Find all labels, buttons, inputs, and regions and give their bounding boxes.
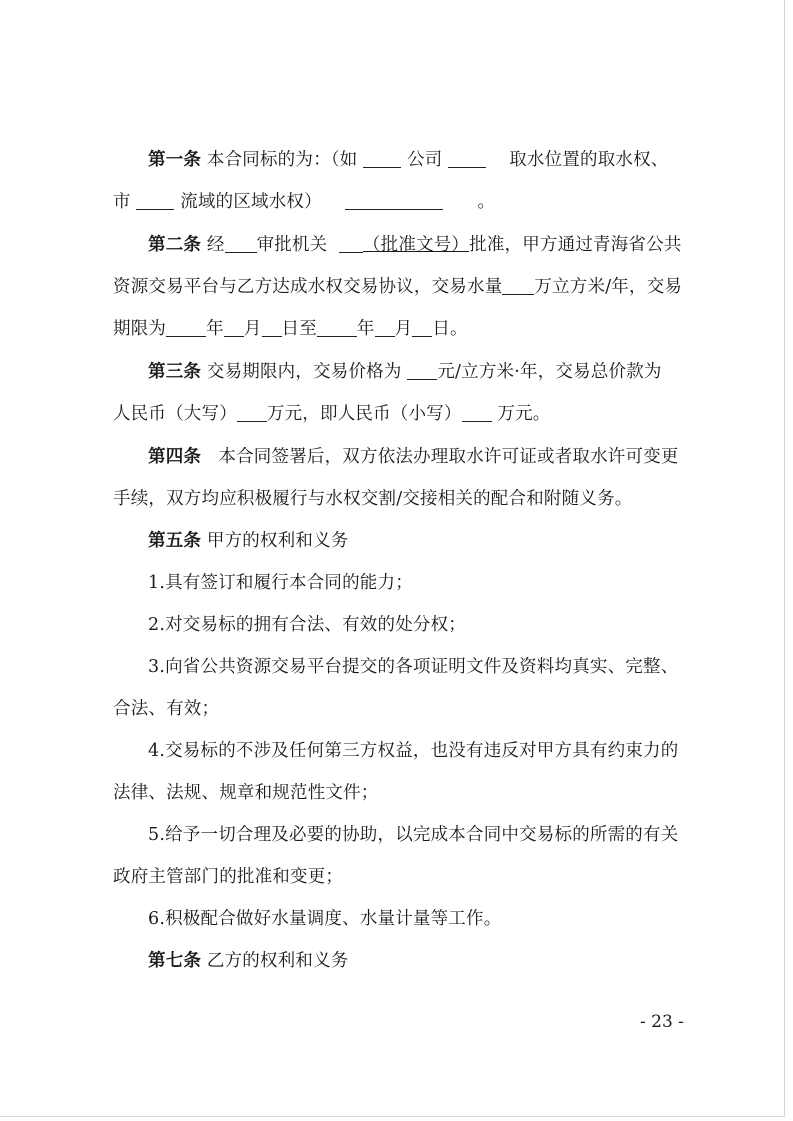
article-3-line-1: 第三条 交易期限内，交易价格为 元/立方米·年，交易总价款为 xyxy=(148,358,662,383)
blank-field xyxy=(412,319,432,338)
article-5-title: 甲方的权利和义务 xyxy=(207,531,349,551)
article-1-heading: 第一条 xyxy=(148,150,201,170)
article-2-line-3: 期限为年月日至年月日。 xyxy=(113,315,468,340)
article-7-heading-line: 第七条 乙方的权利和义务 xyxy=(148,947,348,972)
list-item-continuation: 合法、有效； xyxy=(113,695,219,720)
list-item: 6.积极配合做好水量调度、水量计量等工作。 xyxy=(148,905,501,930)
blank-field xyxy=(448,150,486,169)
list-item-continuation: 政府主管部门的批准和变更； xyxy=(113,863,343,888)
article-2-line-1: 第二条 经审批机关 （批准文号）批准，甲方通过青海省公共 xyxy=(148,231,682,256)
article-3-line-2: 人民币（大写）万元，即人民币（小写） 万元。 xyxy=(113,400,550,425)
blank-field xyxy=(345,192,443,211)
page-number: - 23 - xyxy=(640,1012,684,1032)
article-4-line-1: 第四条 本合同签署后，双方依法办理取水许可证或者取水许可变更 xyxy=(148,443,679,468)
article-1-line-1: 第一条 本合同标的为：（如 公司 取水位置的取水权、 xyxy=(148,146,669,171)
blank-field xyxy=(224,319,244,338)
scan-edge-bottom xyxy=(0,1116,785,1117)
article-5-heading-line: 第五条 甲方的权利和义务 xyxy=(148,527,348,552)
blank-field xyxy=(166,319,206,338)
blank-field xyxy=(407,362,437,381)
article-3-heading: 第三条 xyxy=(148,362,201,382)
blank-field xyxy=(317,319,357,338)
article-2-heading: 第二条 xyxy=(148,235,201,255)
blank-field xyxy=(225,235,257,254)
list-item: 2.对交易标的拥有合法、有效的处分权； xyxy=(148,611,466,636)
article-4-line-2: 手续，双方均应积极履行与水权交割/交接相关的配合和附随义务。 xyxy=(113,485,632,510)
list-item: 4.交易标的不涉及任何第三方权益，也没有违反对甲方具有约束力的 xyxy=(148,737,678,762)
article-5-heading: 第五条 xyxy=(148,531,201,551)
scan-edge-right xyxy=(784,0,785,1117)
blank-field xyxy=(136,192,174,211)
list-item: 5.给予一切合理及必要的协助，以完成本合同中交易标的所需的有关 xyxy=(148,821,678,846)
article-4-heading: 第四条 xyxy=(148,447,201,467)
blank-field xyxy=(237,404,267,423)
list-item-continuation: 法律、法规、规章和规范性文件； xyxy=(113,779,379,804)
list-item: 3.向省公共资源交易平台提交的各项证明文件及资料均真实、完整、 xyxy=(148,653,678,678)
blank-field xyxy=(462,404,492,423)
blank-field xyxy=(262,319,282,338)
article-7-title: 乙方的权利和义务 xyxy=(207,951,349,971)
list-item: 1.具有签订和履行本合同的能力； xyxy=(148,569,413,594)
blank-field xyxy=(363,150,401,169)
document-page: 第一条 本合同标的为：（如 公司 取水位置的取水权、 市 流域的区域水权） 。 … xyxy=(0,0,793,1121)
article-2-line-2: 资源交易平台与乙方达成水权交易协议，交易水量万立方米/年，交易 xyxy=(113,273,682,298)
article-1-line-2: 市 流域的区域水权） 。 xyxy=(113,188,495,213)
blank-field xyxy=(502,277,534,296)
approval-number-field: （批准文号） xyxy=(363,235,469,255)
blank-field xyxy=(339,235,363,254)
article-7-heading: 第七条 xyxy=(148,951,201,971)
blank-field xyxy=(375,319,395,338)
